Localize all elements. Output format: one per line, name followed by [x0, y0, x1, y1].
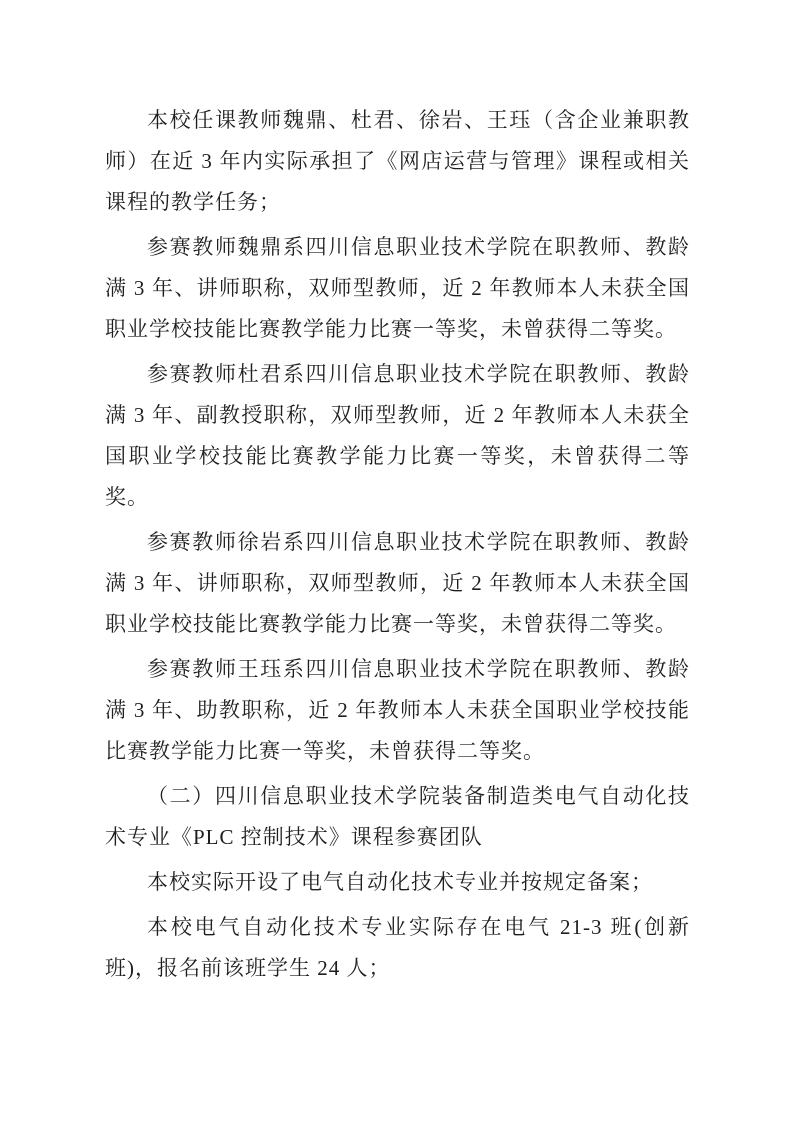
para-teacher-weiding: 参赛教师魏鼎系四川信息职业技术学院在职教师、教龄满 3 年、讲师职称，双师型教师… [105, 227, 690, 350]
para-major-registration: 本校实际开设了电气自动化技术专业并按规定备案； [105, 862, 690, 903]
para-class-enrollment: 本校电气自动化技术专业实际存在电气 21-3 班(创新班)，报名前该班学生 24… [105, 907, 690, 989]
section-heading-plc-team: （二）四川信息职业技术学院装备制造类电气自动化技术专业《PLC 控制技术》课程参… [105, 776, 690, 858]
para-course-teaching-duty: 本校任课教师魏鼎、杜君、徐岩、王珏（含企业兼职教师）在近 3 年内实际承担了《网… [105, 100, 690, 223]
document-page: 本校任课教师魏鼎、杜君、徐岩、王珏（含企业兼职教师）在近 3 年内实际承担了《网… [0, 0, 793, 1122]
para-teacher-dujun: 参赛教师杜君系四川信息职业技术学院在职教师、教龄满 3 年、副教授职称，双师型教… [105, 354, 690, 518]
para-teacher-wangyu: 参赛教师王珏系四川信息职业技术学院在职教师、教龄满 3 年、助教职称，近 2 年… [105, 649, 690, 772]
document-body: 本校任课教师魏鼎、杜君、徐岩、王珏（含企业兼职教师）在近 3 年内实际承担了《网… [105, 100, 690, 989]
para-teacher-xuyan: 参赛教师徐岩系四川信息职业技术学院在职教师、教龄满 3 年、讲师职称，双师型教师… [105, 522, 690, 645]
